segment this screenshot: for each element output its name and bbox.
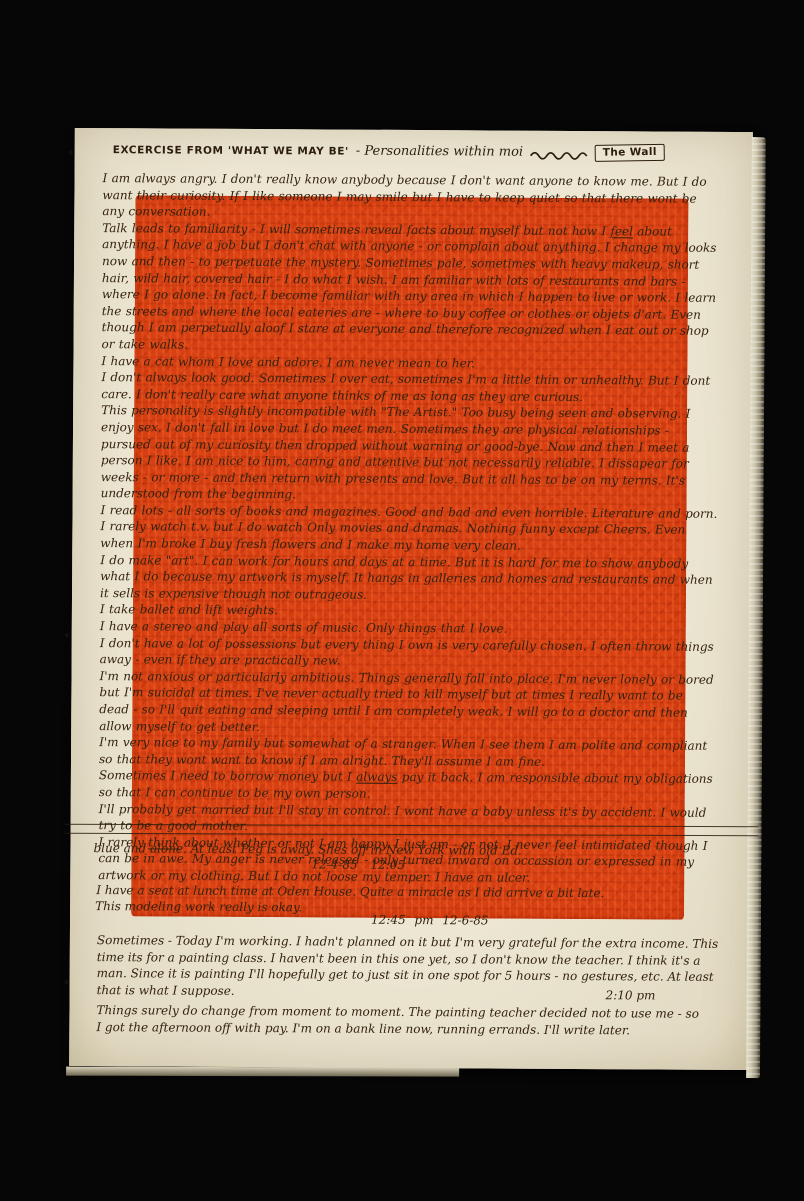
paragraph: Sometimes I need to borrow money but I a… [99,767,716,804]
paragraph: I don't have a lot of possessions but ev… [100,635,717,672]
book-fore-edge [746,137,766,1078]
journal-paragraph: Things surely do change from moment to m… [96,1002,702,1039]
timestamp: 12:45 pm 12-6-85 [371,912,489,929]
title-script: - Personalities within moi [356,144,523,160]
journal-page: EXCERCISE FROM 'WHAT WE MAY BE' - Person… [69,128,753,1070]
left-edge-speck [69,150,73,155]
page-title: EXCERCISE FROM 'WHAT WE MAY BE' - Person… [113,141,723,162]
paragraph: I do make "art". I can work for hours an… [100,552,717,606]
body-text: I am always angry. I don't really know a… [98,170,719,887]
photo-background: EXCERCISE FROM 'WHAT WE MAY BE' - Person… [0,0,804,1201]
left-edge-speck [65,633,69,638]
paragraph: This personality is slightly incompatibl… [101,402,719,505]
paragraph: Talk leads to familiarity - I will somet… [101,220,719,357]
squiggle-icon [530,149,588,159]
timestamp: 12-4-85 12:05 [311,856,405,873]
title-caps: EXCERCISE FROM 'WHAT WE MAY BE' [113,144,349,157]
paragraph: I'm very nice to my family but somewhat … [99,734,716,771]
journal-line: blue and alone. At least Peg is away. Sh… [93,840,521,859]
paragraph: I'm not anxious or particularly ambitiou… [99,668,716,738]
timestamp: 2:10 pm [606,987,656,1004]
journal-line: This modeling work really is okay. [95,898,302,916]
paragraph: I don't always look good. Sometimes I ov… [101,369,718,406]
left-edge-speck [65,980,69,985]
the-wall-box: The Wall [595,144,665,162]
paragraph: I read lots - all sorts of books and mag… [100,502,717,556]
page-stack-bottom-edge [66,1067,459,1077]
paragraph: I am always angry. I don't really know a… [102,170,719,224]
